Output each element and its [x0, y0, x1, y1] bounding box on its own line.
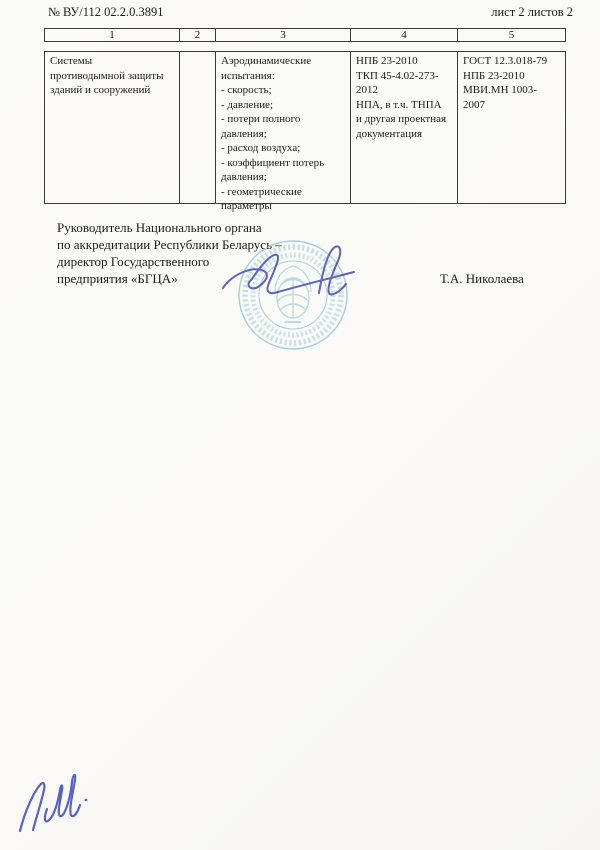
- signature-ink: [215, 240, 365, 302]
- column-number-2: 2: [179, 29, 215, 41]
- doc-number: № ВУ/112 02.2.0.3891: [48, 5, 164, 20]
- cell-empty: [179, 52, 215, 203]
- handwritten-initials: [10, 753, 105, 848]
- cell-documents: НПБ 23-2010 ТКП 45-4.02-273- 2012 НПА, в…: [350, 52, 457, 203]
- column-number-5: 5: [457, 29, 565, 41]
- signatory-name: Т.А. Николаева: [440, 270, 524, 287]
- cell-methods: ГОСТ 12.3.018-79 НПБ 23-2010 МВИ.МН 1003…: [457, 52, 565, 203]
- table-column-numbers: 1 2 3 4 5: [44, 28, 566, 42]
- page-header: № ВУ/112 02.2.0.3891 лист 2 листов 2: [48, 5, 573, 20]
- document-page: № ВУ/112 02.2.0.3891 лист 2 листов 2 1 2…: [0, 0, 600, 850]
- cell-object: Системы противодымной защиты зданий и со…: [45, 52, 179, 203]
- sheet-counter: лист 2 листов 2: [491, 5, 573, 20]
- column-number-1: 1: [45, 29, 179, 41]
- column-number-4: 4: [350, 29, 457, 41]
- table-row: Системы противодымной защиты зданий и со…: [44, 51, 566, 204]
- column-number-3: 3: [215, 29, 350, 41]
- cell-tests: Аэродинамические испытания: - скорость; …: [215, 52, 350, 203]
